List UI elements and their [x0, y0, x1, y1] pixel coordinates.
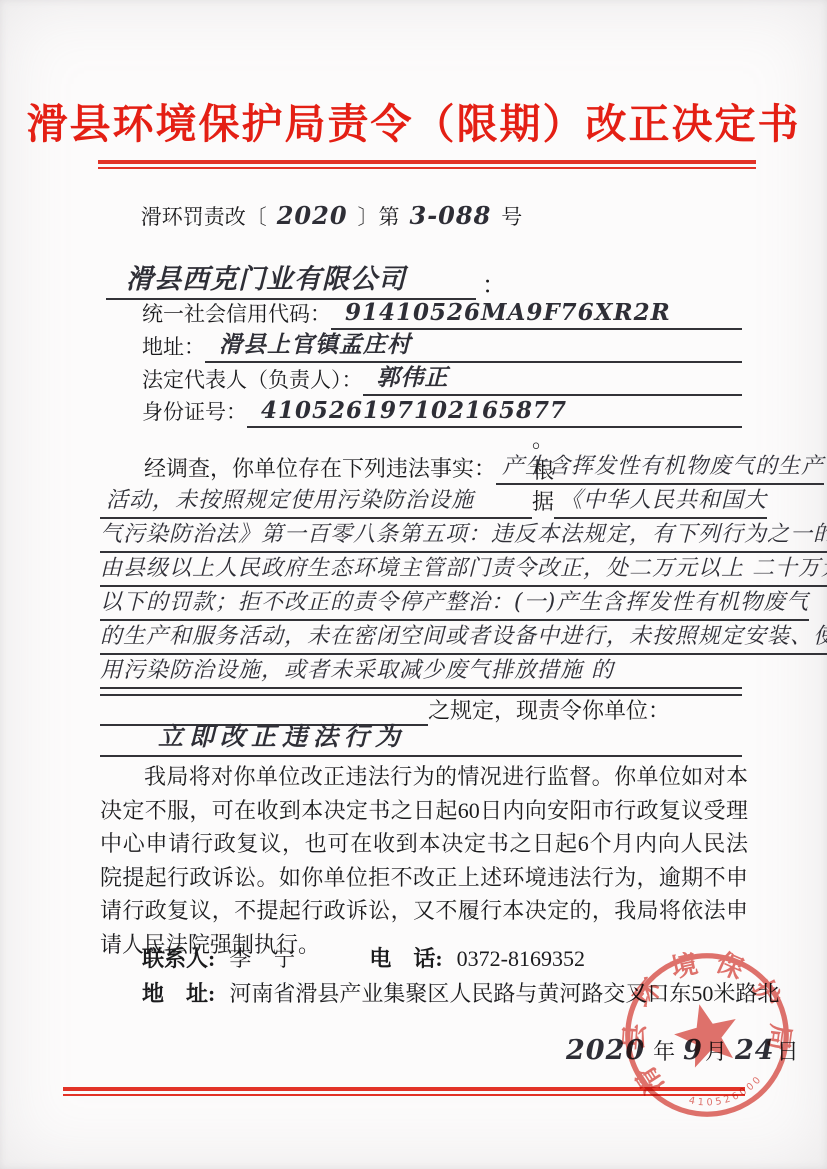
facts-lead: 经调查，你单位存在下列违法事实：	[144, 452, 496, 485]
docno-suffix: 号	[501, 201, 522, 231]
field-value-handwritten: 郭伟正	[363, 359, 743, 396]
field-value-handwritten: 410526197102165877	[247, 397, 742, 428]
field-legal-representative: 法定代表人（负责人）： 郭伟正	[142, 365, 742, 396]
company-colon: ：	[482, 265, 506, 300]
contact-address-label: 地 址:	[142, 977, 215, 1008]
contact-person-label: 联系人:	[142, 942, 215, 973]
company-name-handwritten: 滑县西克门业有限公司	[106, 257, 476, 300]
docno-prefix: 滑环罚责改〔	[141, 201, 267, 231]
field-label: 地址：	[142, 331, 205, 363]
order-value-handwritten: 立即改正违法行为	[100, 717, 742, 757]
contact-person-value: 李 宁	[229, 942, 295, 973]
field-id-number: 身份证号： 410526197102165877	[142, 397, 742, 428]
facts-handwritten: 气污染防治法》第一百零八条第五项：违反本法规定，有下列行为之一的，	[100, 517, 827, 553]
header-divider	[98, 160, 756, 169]
contact-phone-label: 电 话:	[369, 942, 442, 973]
facts-line-6: 的生产和服务活动，未在密闭空间或者设备中进行，未按照规定安装、使	[100, 622, 742, 655]
facts-handwritten: 由县级以上人民政府生态环境主管部门责令改正，处二万元以上 二十万元	[100, 551, 827, 587]
seal-star-icon	[669, 997, 745, 1071]
document-number: 滑环罚责改〔 2020 〕第 3-088 号	[0, 201, 745, 231]
facts-line-3: 气污染防治法》第一百零八条第五项：违反本法规定，有下列行为之一的，	[100, 520, 742, 553]
company-name-row: 滑县西克门业有限公司 ：	[106, 257, 506, 300]
facts-line-4: 由县级以上人民政府生态环境主管部门责令改正，处二万元以上 二十万元	[100, 554, 742, 587]
facts-printed-genju: 。根据	[532, 423, 554, 519]
page-title: 滑县环境保护局责令（限期）改正决定书	[0, 101, 827, 148]
facts-handwritten: 《中华人民共和国大	[554, 483, 767, 519]
facts-line-1: 经调查，你单位存在下列违法事实： 产生含挥发性有机物废气的生产	[100, 452, 742, 485]
docno-year-handwritten: 2020	[277, 201, 348, 230]
facts-line-2: 活动，未按照规定使用污染防治设施 。根据 《中华人民共和国大	[100, 486, 742, 519]
facts-handwritten: 活动，未按照规定使用污染防治设施	[100, 483, 532, 519]
facts-line-5: 以下的罚款；拒不改正的责令停产整治：(一)产生含挥发性有机物废气	[100, 588, 742, 621]
supervision-paragraph: 我局将对你单位改正违法行为的情况进行监督。你单位如对本决定不服，可在收到本决定书…	[100, 760, 748, 961]
field-value-handwritten: 滑县上官镇孟庄村	[205, 326, 742, 363]
facts-handwritten: 以下的罚款；拒不改正的责令停产整治：(一)产生含挥发性有机物废气	[100, 585, 809, 621]
contact-phone-value: 0372-8169352	[457, 946, 585, 972]
facts-handwritten: 的生产和服务活动，未在密闭空间或者设备中进行，未按照规定安装、使	[100, 619, 827, 655]
blank-fill-line	[100, 676, 742, 696]
docno-bracket: 〕第	[358, 201, 400, 231]
order-value-row: 立即改正违法行为	[100, 727, 742, 757]
scanned-decision-document: 滑县环境保护局责令（限期）改正决定书 滑环罚责改〔 2020 〕第 3-088 …	[0, 0, 827, 1169]
field-label: 身份证号：	[142, 396, 247, 428]
field-label: 法定代表人（负责人）：	[142, 364, 363, 396]
docno-serial-handwritten: 3-088	[410, 201, 492, 230]
